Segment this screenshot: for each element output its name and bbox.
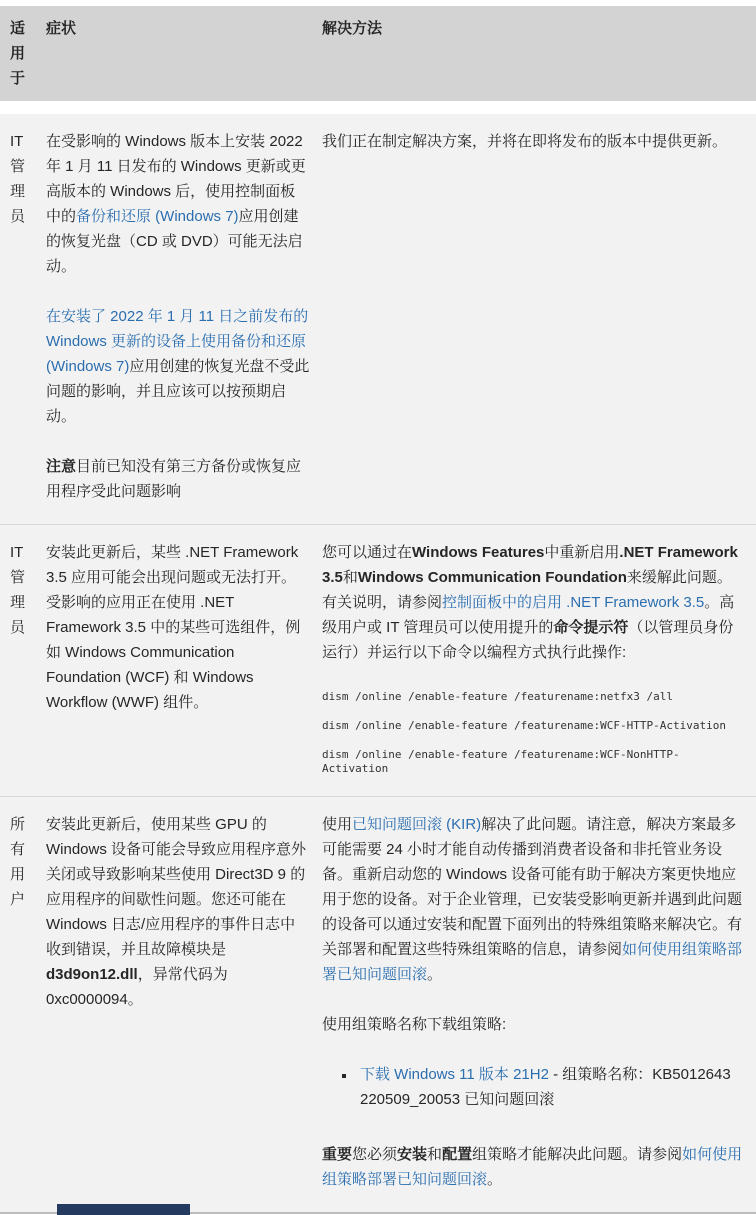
text-run: 使用组策略名称下载组策略: bbox=[322, 1016, 506, 1033]
paragraph: 注意目前已知没有第三方备份或恢复应用程序受此问题影响 bbox=[46, 454, 310, 504]
applies-to-cell: IT 管理员 bbox=[0, 525, 46, 797]
text-run: 组策略才能解决此问题。请参阅 bbox=[472, 1146, 682, 1163]
bold-text: Windows Features bbox=[412, 544, 544, 561]
support-article-known-issues: 适用于 症状 解决方法 IT 管理员在受影响的 Windows 版本上安装 20… bbox=[0, 0, 756, 1215]
paragraph: 使用组策略名称下载组策略: bbox=[322, 1012, 744, 1037]
workaround-cell: 您可以通过在Windows Features中重新启用.NET Framewor… bbox=[322, 525, 756, 797]
bold-text: 重要 bbox=[322, 1146, 352, 1163]
list-item: 下载 Windows 11 版本 21H2 - 组策略名称：KB5012643 … bbox=[356, 1062, 744, 1112]
table-row: IT 管理员安装此更新后，某些 .NET Framework 3.5 应用可能会… bbox=[0, 525, 756, 797]
policy-download-list: 下载 Windows 11 版本 21H2 - 组策略名称：KB5012643 … bbox=[322, 1062, 744, 1112]
col-header-applies-to: 适用于 bbox=[0, 6, 46, 108]
text-run: 您必须 bbox=[352, 1146, 397, 1163]
header-row: 适用于 症状 解决方法 bbox=[0, 6, 756, 108]
command-line: dism /online /enable-feature /featurenam… bbox=[322, 719, 744, 733]
bold-text: Windows Communication Foundation bbox=[358, 569, 627, 586]
table-row: IT 管理员在受影响的 Windows 版本上安装 2022 年 1 月 11 … bbox=[0, 108, 756, 525]
paragraph: 您可以通过在Windows Features中重新启用.NET Framewor… bbox=[322, 540, 744, 665]
workaround-cell: 使用已知问题回滚 (KIR)解决了此问题。请注意，解决方案最多可能需要 24 小… bbox=[322, 797, 756, 1214]
paragraph: 在安装了 2022 年 1 月 11 日之前发布的 Windows 更新的设备上… bbox=[46, 304, 310, 429]
text-run: 解决了此问题。请注意，解决方案最多可能需要 24 小时才能自动传播到消费者设备和… bbox=[322, 816, 742, 958]
text-run: 中重新启用 bbox=[544, 544, 619, 561]
text-run: 安装此更新后，某些 .NET Framework 3.5 应用可能会出现问题或无… bbox=[46, 544, 300, 711]
text-run: 安装此更新后，使用某些 GPU 的 Windows 设备可能会导致应用程序意外关… bbox=[46, 816, 306, 958]
text-run: 我们正在制定解决方案，并将在即将发布的版本中提供更新。 bbox=[322, 133, 727, 150]
text-run: 。 bbox=[427, 966, 442, 983]
text-run: 您可以通过在 bbox=[322, 544, 412, 561]
paragraph: 在受影响的 Windows 版本上安装 2022 年 1 月 11 日发布的 W… bbox=[46, 129, 310, 279]
col-header-symptom: 症状 bbox=[46, 6, 322, 108]
table-header: 适用于 症状 解决方法 bbox=[0, 6, 756, 108]
paragraph: 我们正在制定解决方案，并将在即将发布的版本中提供更新。 bbox=[322, 129, 744, 154]
applies-to-cell: 所有用户 bbox=[0, 797, 46, 1214]
bold-text: 注意 bbox=[46, 458, 76, 475]
bottom-partial-element bbox=[57, 1204, 190, 1215]
text-run: 。 bbox=[487, 1171, 502, 1188]
bold-text: 安装 bbox=[397, 1146, 427, 1163]
col-header-workaround: 解决方法 bbox=[322, 6, 756, 108]
paragraph: 使用已知问题回滚 (KIR)解决了此问题。请注意，解决方案最多可能需要 24 小… bbox=[322, 812, 744, 987]
command-line: dism /online /enable-feature /featurenam… bbox=[322, 748, 744, 776]
text-link[interactable]: 备份和还原 (Windows 7) bbox=[76, 208, 239, 225]
text-run: 和 bbox=[343, 569, 358, 586]
symptom-cell: 安装此更新后，某些 .NET Framework 3.5 应用可能会出现问题或无… bbox=[46, 525, 322, 797]
workaround-cell: 我们正在制定解决方案，并将在即将发布的版本中提供更新。 bbox=[322, 108, 756, 525]
symptom-cell: 在受影响的 Windows 版本上安装 2022 年 1 月 11 日发布的 W… bbox=[46, 108, 322, 525]
symptom-cell: 安装此更新后，使用某些 GPU 的 Windows 设备可能会导致应用程序意外关… bbox=[46, 797, 322, 1214]
paragraph: 安装此更新后，使用某些 GPU 的 Windows 设备可能会导致应用程序意外关… bbox=[46, 812, 310, 1012]
text-link[interactable]: 已知问题回滚 (KIR) bbox=[352, 816, 481, 833]
text-link[interactable]: 下载 Windows 11 版本 21H2 bbox=[360, 1066, 549, 1083]
command-line: dism /online /enable-feature /featurenam… bbox=[322, 690, 744, 704]
issues-table-body: IT 管理员在受影响的 Windows 版本上安装 2022 年 1 月 11 … bbox=[0, 108, 756, 1214]
text-run: 使用 bbox=[322, 816, 352, 833]
text-link[interactable]: 控制面板中的启用 .NET Framework 3.5 bbox=[442, 594, 704, 611]
bold-text: d3d9on12.dll bbox=[46, 966, 138, 983]
known-issues-table: 适用于 症状 解决方法 IT 管理员在受影响的 Windows 版本上安装 20… bbox=[0, 6, 756, 1214]
bold-text: 配置 bbox=[442, 1146, 472, 1163]
text-run: 和 bbox=[427, 1146, 442, 1163]
text-run: 目前已知没有第三方备份或恢复应用程序受此问题影响 bbox=[46, 458, 301, 500]
applies-to-cell: IT 管理员 bbox=[0, 108, 46, 525]
paragraph: 重要您必须安装和配置组策略才能解决此问题。请参阅如何使用组策略部署已知问题回滚。 bbox=[322, 1142, 744, 1192]
paragraph: 安装此更新后，某些 .NET Framework 3.5 应用可能会出现问题或无… bbox=[46, 540, 310, 715]
table-row: 所有用户安装此更新后，使用某些 GPU 的 Windows 设备可能会导致应用程… bbox=[0, 797, 756, 1214]
bold-text: 命令提示符 bbox=[553, 619, 628, 636]
